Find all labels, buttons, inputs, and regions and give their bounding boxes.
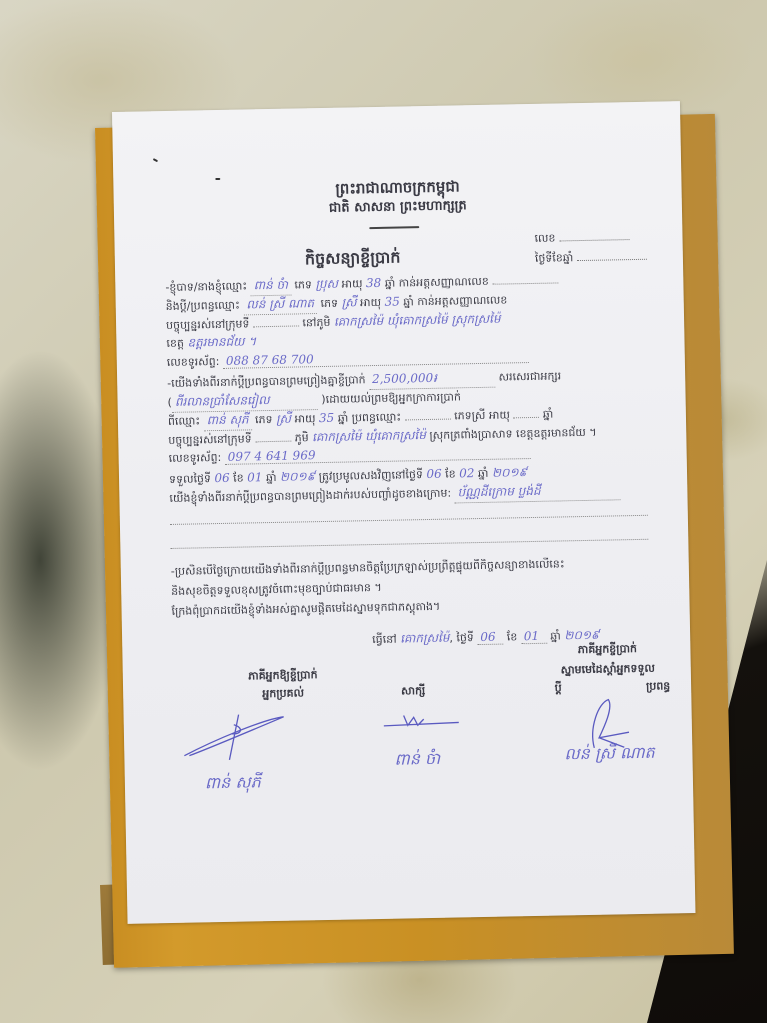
blank-line bbox=[170, 514, 648, 525]
reference-label: លេខ bbox=[534, 232, 555, 245]
label: ត្រូវប្រមូលសងវិញនៅថ្ងៃទី bbox=[319, 468, 424, 483]
label: ខែ bbox=[233, 472, 244, 485]
wife-label: ប្រពន្ធ bbox=[633, 679, 683, 696]
label: បច្ចុប្បន្នរស់នៅក្រុមទី bbox=[168, 432, 252, 447]
loan-amount: 2,500,000៛ bbox=[369, 369, 495, 390]
receive-year: ២០១៩ bbox=[280, 469, 315, 484]
lender-residence: គោកស្រម៉ៃ ឃុំគោកស្រម៉ៃ bbox=[312, 428, 426, 444]
label: អាយុ bbox=[489, 408, 510, 421]
document-title: កិច្ចសន្យាខ្ចីប្រាក់ bbox=[305, 246, 401, 272]
lender-name: ពាន់ សុភី bbox=[204, 411, 252, 431]
borrower-age: 38 bbox=[366, 276, 382, 290]
label: អាយុ bbox=[294, 412, 315, 425]
header-divider bbox=[369, 226, 419, 229]
witness-signature-name: ពាន់ ចំា bbox=[394, 748, 440, 773]
signing-month: 01 bbox=[521, 629, 547, 644]
lender-role-label: អ្នកប្រគល់ bbox=[213, 685, 353, 704]
label: អាយុ bbox=[341, 277, 362, 290]
spouse-name: លន់ ស្រី ណាត bbox=[243, 295, 317, 315]
signing-place: គោកស្រម៉ៃ bbox=[400, 631, 450, 646]
borrower-name: ពាន់ ចំា bbox=[250, 277, 291, 297]
label: យើងខ្ញុំទាំងពីរនាក់ប្តីប្រពន្ធបានព្រមព្រ… bbox=[169, 487, 447, 505]
label: )ដោយយល់ព្រមឱ្យអ្នកក្រាការប្រាក់ bbox=[321, 390, 461, 406]
label: ឆ្នាំ ប្រពន្ធឈ្មោះ bbox=[338, 411, 402, 425]
label: ខែ bbox=[507, 630, 518, 643]
borrower-sex: ប្រុស bbox=[315, 277, 338, 291]
lender-age: 35 bbox=[319, 411, 335, 425]
signing-year: ២០១៩ bbox=[564, 628, 599, 643]
label: ឆ្នាំ bbox=[550, 629, 561, 642]
label: ឆ្នាំ bbox=[266, 471, 277, 484]
label: ភូមិ bbox=[295, 431, 309, 444]
label: បច្ចុប្បន្នរស់នៅក្រុមទី bbox=[166, 317, 250, 332]
repay-year: ២០១៩ bbox=[492, 465, 527, 480]
label: និងប្តី/ប្រពន្ធឈ្មោះ bbox=[166, 299, 240, 313]
spouse-sex: ស្រី bbox=[341, 295, 356, 309]
lender-sex: ស្រី bbox=[276, 412, 291, 426]
borrower-province: ឧត្តរមានជ័យ ។ bbox=[187, 334, 256, 349]
borrower-party-label: ភាគីអ្នកខ្ចីប្រាក់ bbox=[532, 641, 682, 660]
label: ធ្វើនៅ bbox=[372, 633, 397, 646]
staple-mark bbox=[153, 158, 158, 162]
reference-number-field: លេខ bbox=[534, 230, 629, 248]
label: -យើងទាំងពីរនាក់ប្តីប្រពន្ធបានព្រមព្រៀងគ្… bbox=[167, 373, 366, 390]
date-field: ថ្ងៃទីខែឆ្នាំ bbox=[535, 250, 648, 268]
label: ថ្ងៃទី bbox=[456, 631, 474, 644]
label: ខេត្ត bbox=[166, 337, 184, 350]
staple-mark bbox=[215, 178, 220, 180]
label: ភេទ bbox=[255, 413, 273, 426]
label: នៅភូមិ bbox=[302, 316, 330, 330]
receive-month: 01 bbox=[247, 470, 263, 484]
witness-label: សាក្សី bbox=[373, 684, 453, 702]
repay-day: 06 bbox=[426, 467, 442, 481]
label: ខែ bbox=[445, 467, 456, 480]
lender-signature bbox=[184, 709, 295, 771]
signing-day: 06 bbox=[477, 630, 503, 645]
label: ឆ្នាំ bbox=[543, 408, 554, 421]
blank-line bbox=[170, 538, 648, 549]
label: ភេទ bbox=[320, 297, 338, 310]
receive-day: 06 bbox=[214, 471, 230, 485]
label: លេខទូរស័ព្ទ bbox=[167, 355, 216, 369]
borrower-thumbprint-label: ស្នាមមេដៃស្តាំអ្នកទទួល bbox=[533, 661, 683, 680]
spouse-age: 35 bbox=[384, 295, 400, 309]
label: ពីឈ្មោះ bbox=[168, 414, 200, 428]
label: ឆ្នាំ bbox=[478, 467, 489, 480]
label: សរសេរជាអក្សរ bbox=[498, 369, 561, 383]
collateral: ប័ណ្ណដីក្រោម ប្លង់ដី bbox=[454, 481, 620, 503]
label: លេខទូរស័ព្ទ bbox=[169, 451, 218, 465]
repay-month: 02 bbox=[459, 466, 475, 480]
label: -ខ្ញុំបាទ/នាងខ្ញុំឈ្មោះ bbox=[165, 279, 247, 294]
lender-party-label: ភាគីអ្នកឱ្យខ្ចីប្រាក់ bbox=[213, 667, 353, 686]
borrower-residence: គោកស្រម៉ៃ ឃុំគោកស្រម៉ៃ ស្រុកស្រម៉ៃ bbox=[334, 312, 501, 329]
borrower-phone: 088 87 68 700 bbox=[223, 348, 529, 369]
borrower-signature-name: លន់ ស្រី ណាត bbox=[564, 742, 655, 768]
date-label: ថ្ងៃទីខែឆ្នាំ bbox=[535, 251, 574, 265]
witness-signature bbox=[384, 710, 464, 732]
label: ឆ្នាំ កាន់អត្តសញ្ញាណលេខ bbox=[385, 275, 489, 290]
label: ភេទស្រី bbox=[454, 409, 485, 423]
label: ទទួលថ្ងៃទី bbox=[169, 472, 211, 486]
husband-label: ប្តី bbox=[543, 681, 573, 698]
label: ឆ្នាំ កាន់អត្តសញ្ញាណលេខ bbox=[403, 293, 507, 308]
label: អាយុ bbox=[360, 296, 381, 309]
label: ស្រុកត្រពាំងប្រាសាទ ខេត្តឧត្តរមានជ័យ ។ bbox=[429, 426, 596, 442]
lender-signature-name: ពាន់ សុភី bbox=[205, 771, 261, 796]
label: ភេទ bbox=[294, 278, 312, 291]
loan-agreement-document: ព្រះរាជាណាចក្រកម្ពុជា ជាតិ សាសនា ព្រះមហា… bbox=[112, 101, 695, 924]
